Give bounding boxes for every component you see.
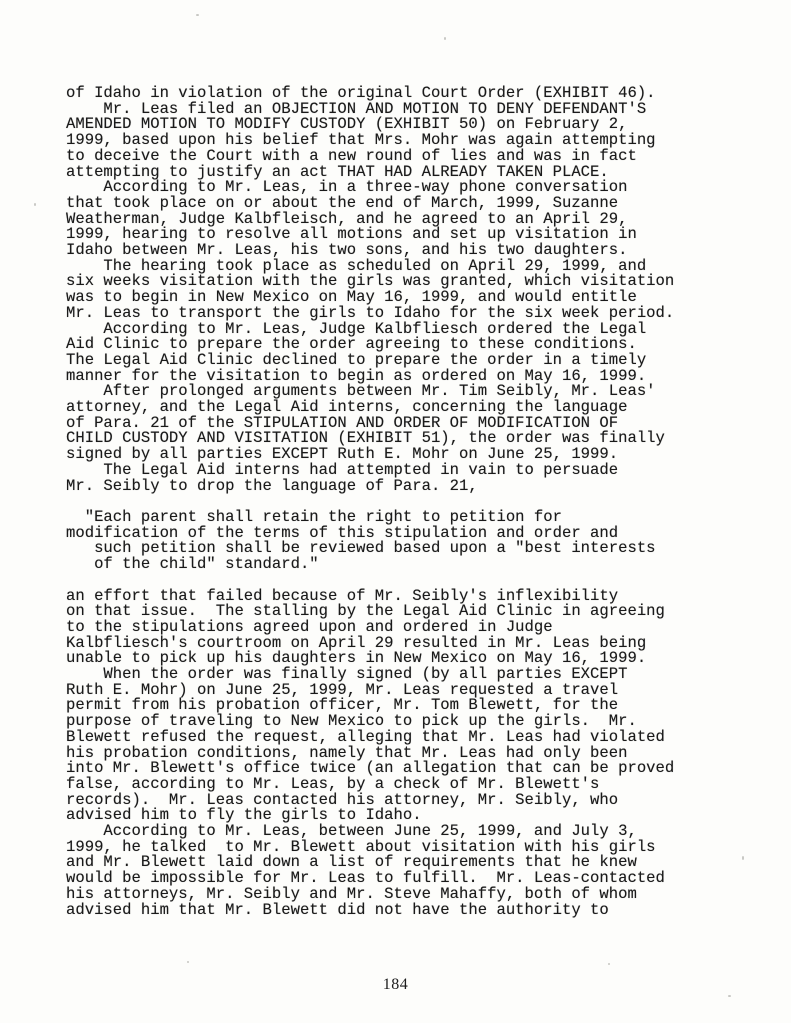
scan-speck — [196, 14, 199, 16]
scan-speck — [187, 961, 189, 963]
scan-speck — [742, 856, 744, 860]
scan-speck — [34, 203, 36, 206]
scan-speck — [444, 37, 446, 40]
scan-speck — [608, 963, 610, 965]
document-page: of Idaho in violation of the original Co… — [0, 0, 791, 1023]
document-body-text: of Idaho in violation of the original Co… — [66, 86, 674, 918]
page-number: 184 — [0, 976, 791, 994]
scan-speck — [728, 995, 731, 997]
